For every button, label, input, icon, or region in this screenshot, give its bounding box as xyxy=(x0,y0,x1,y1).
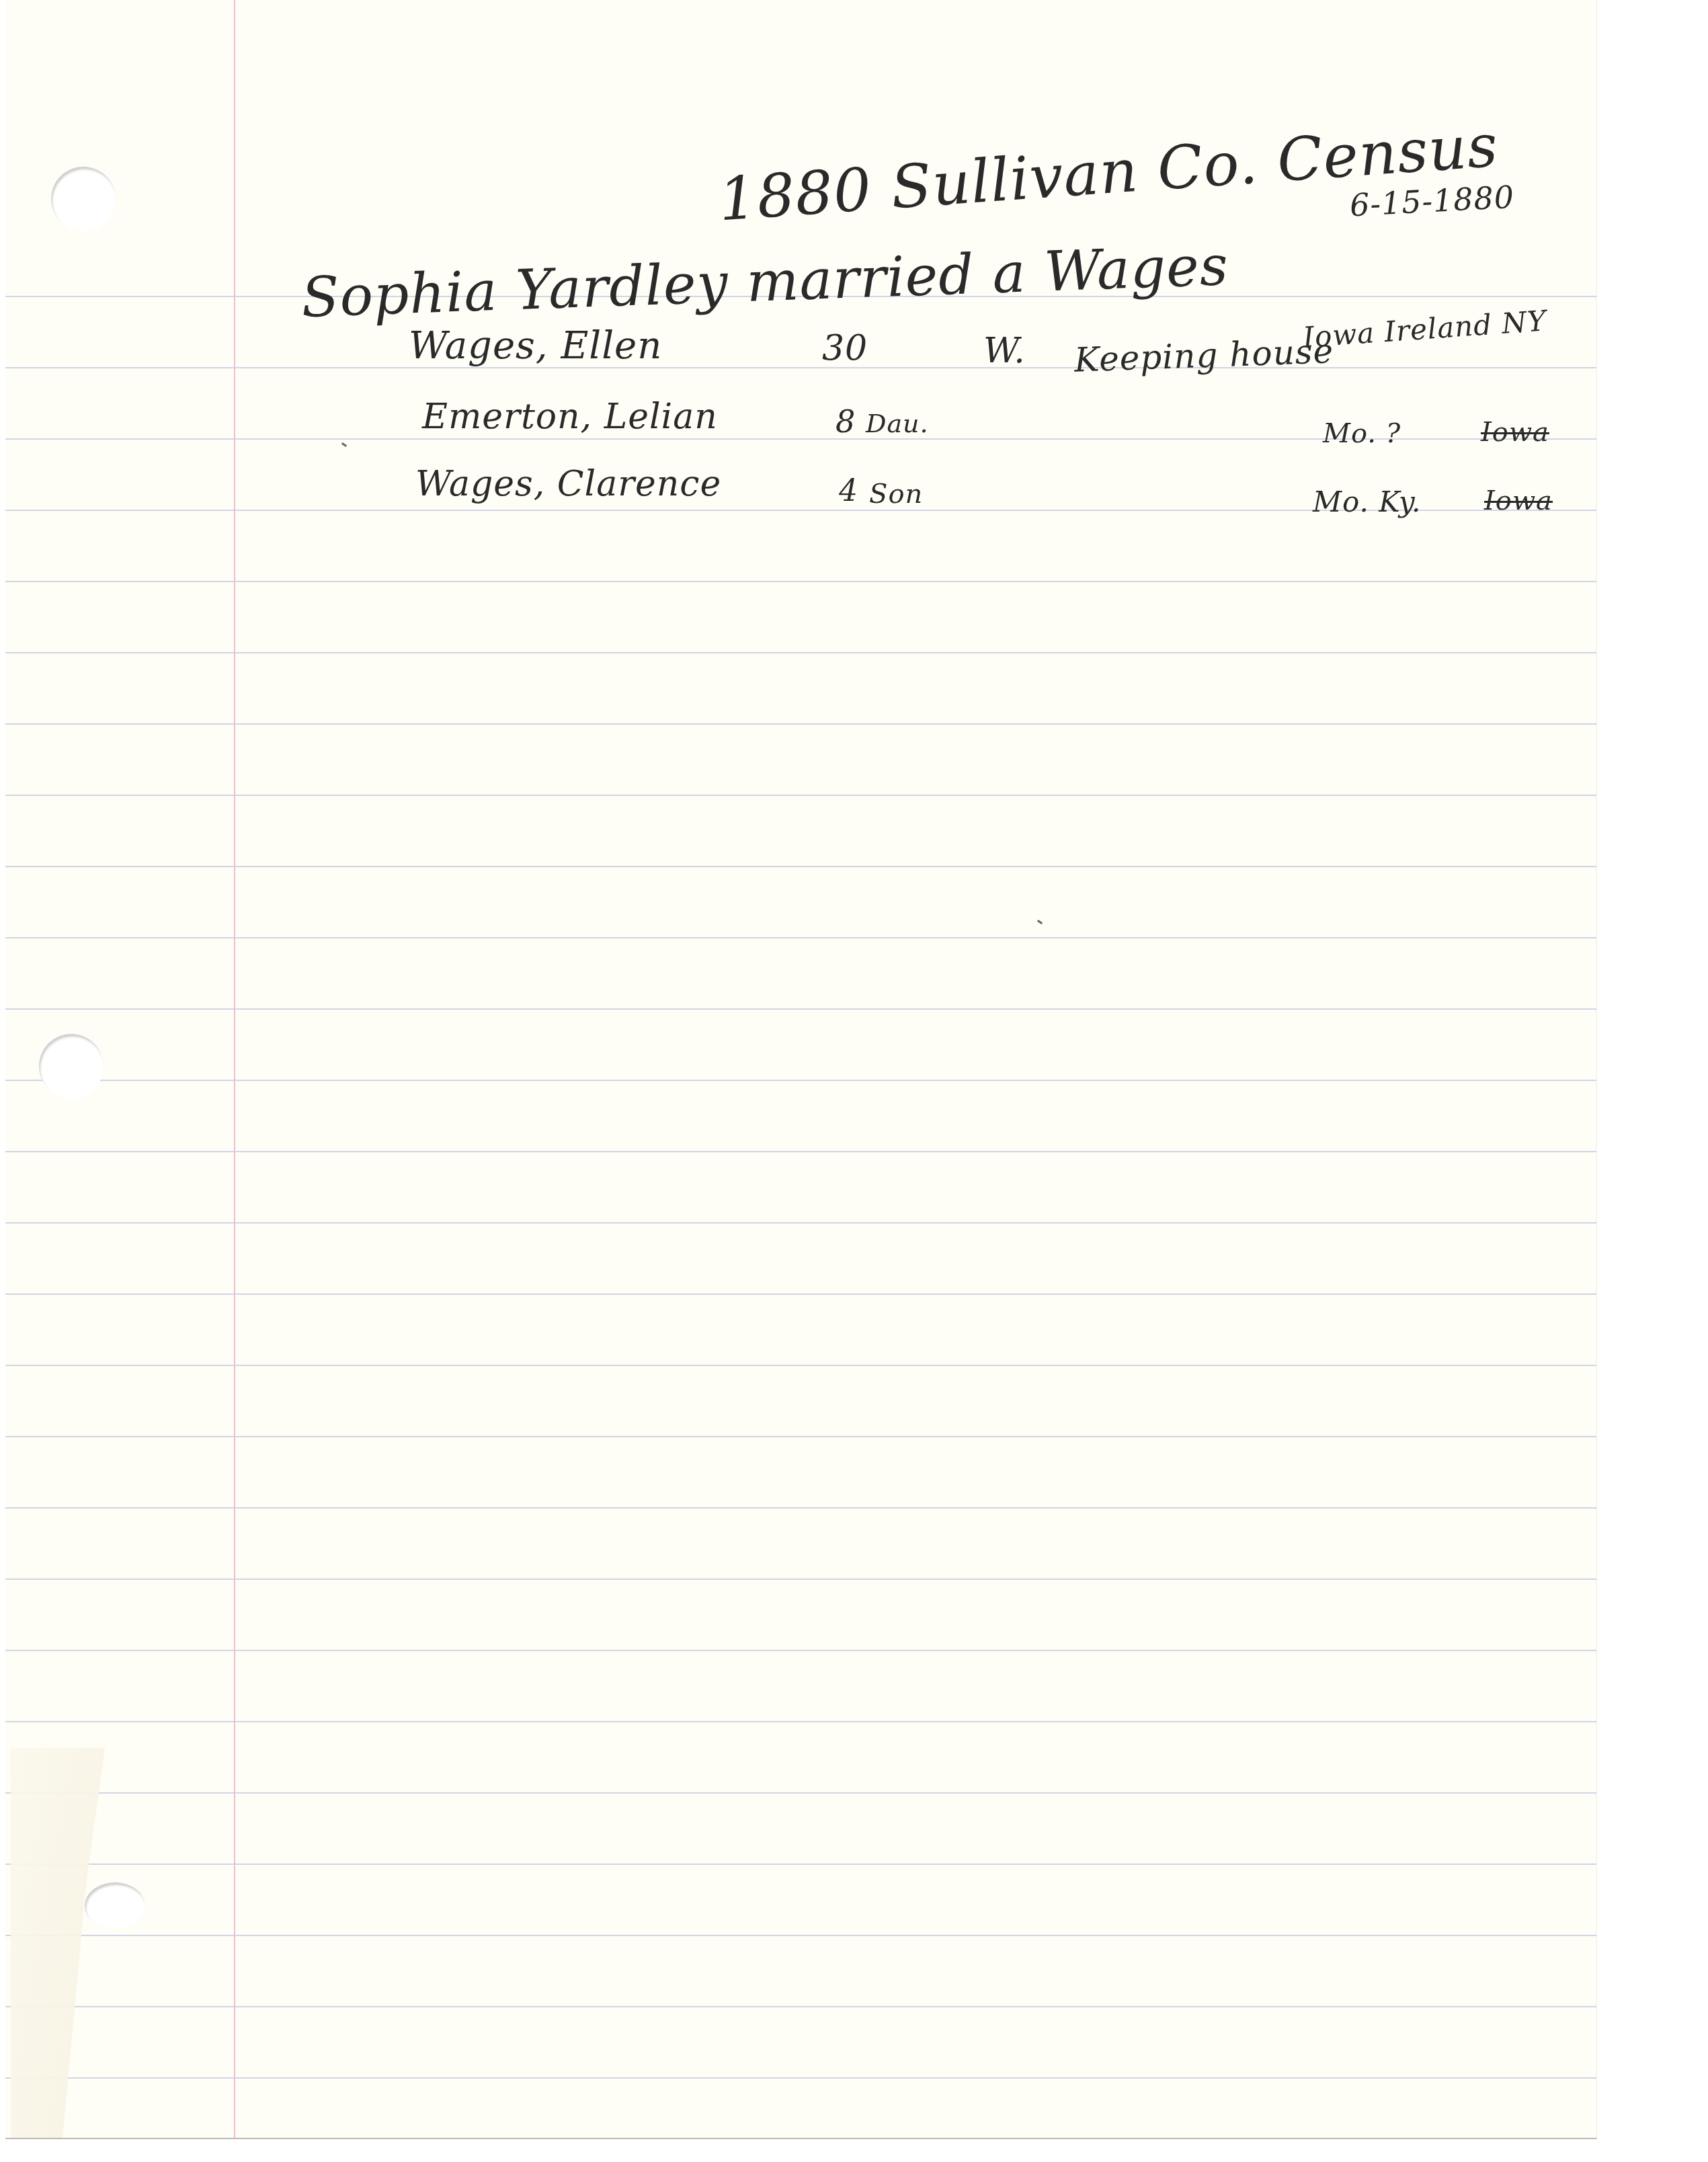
ruled-line xyxy=(5,795,1596,796)
entry-status: W. xyxy=(983,331,1026,371)
ruled-line xyxy=(5,1080,1596,1081)
entry-name: Emerton, Lelian xyxy=(422,397,718,437)
ruled-line xyxy=(5,1507,1596,1509)
folded-edge xyxy=(11,1748,105,2138)
ruled-line xyxy=(5,1721,1596,1722)
ruled-line xyxy=(5,1008,1596,1010)
ruled-line xyxy=(5,1578,1596,1580)
punch-hole-bottom-torn xyxy=(85,1882,145,1929)
entry-birthplaces: Iowa Ireland NY xyxy=(1302,304,1548,354)
ink-speck xyxy=(341,442,347,447)
ruled-line xyxy=(5,1222,1596,1224)
ruled-line xyxy=(5,1151,1596,1152)
ruled-line xyxy=(5,1365,1596,1366)
entry-age: 30 xyxy=(822,328,868,368)
entry-age: 4 xyxy=(839,474,858,508)
entry-age: 8 xyxy=(836,403,856,440)
entry-name: Wages, Ellen xyxy=(409,324,662,368)
entry-birthplaces: Mo. ? xyxy=(1323,418,1401,449)
notebook-page: 1880 Sullivan Co. Census 6-15-1880 Sophi… xyxy=(5,0,1597,2139)
punch-hole-top xyxy=(51,167,116,231)
ruled-line xyxy=(5,652,1596,653)
entry-birthplaces: Mo. Ky. xyxy=(1313,485,1421,518)
ruled-line xyxy=(5,1436,1596,1437)
punch-hole-middle xyxy=(39,1034,104,1098)
ruled-line xyxy=(5,367,1596,368)
entry-status: Son xyxy=(869,479,923,510)
entry-name: Wages, Clarence xyxy=(415,464,721,504)
entry-birthplaces-struck: Iowa xyxy=(1484,485,1553,516)
ruled-line xyxy=(5,1792,1596,1794)
census-date: 6-15-1880 xyxy=(1349,179,1515,224)
ruled-line xyxy=(5,581,1596,582)
family-note: Sophia Yardley married a Wages xyxy=(300,234,1229,330)
margin-line xyxy=(234,0,235,2138)
entry-status: Dau. xyxy=(866,409,929,438)
ruled-line xyxy=(5,866,1596,867)
ruled-line xyxy=(5,1650,1596,1651)
ruled-line xyxy=(5,723,1596,725)
ruled-line xyxy=(5,2077,1596,2079)
entry-birthplaces-struck: Iowa xyxy=(1481,417,1549,448)
ruled-line xyxy=(5,2006,1596,2007)
entry-occupation: Keeping house xyxy=(1073,331,1334,379)
ruled-line xyxy=(5,937,1596,938)
ink-speck xyxy=(1037,920,1043,924)
ruled-line xyxy=(5,1935,1596,1936)
ruled-line xyxy=(5,1293,1596,1295)
ruled-line xyxy=(5,1864,1596,1865)
